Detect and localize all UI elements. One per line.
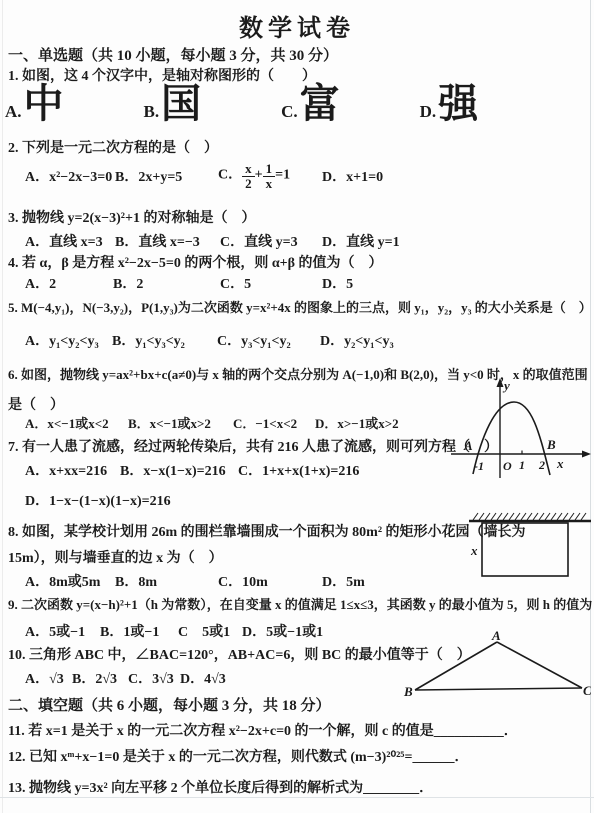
hanzi-character: 富 [300, 84, 340, 124]
q4-option-b: B．2 [113, 273, 220, 293]
wall-hatching [473, 513, 586, 520]
hanzi-character: 中 [24, 84, 64, 124]
q5-options: A．y₁<y₂<y₃ B．y₁<y₃<y₂ C．y₃<y₁<y₂ D．y₂<y₁… [25, 330, 394, 350]
q12-text: 12. 已知 xᵐ+x−1=0 是关于 x 的一元二次方程，则代数式 (m−3)… [8, 746, 468, 766]
q10-option-d: D．4√3 [180, 668, 226, 688]
q9-options: A．5或−1 B．1或−1 C 5或1 D．5或−1或1 [25, 621, 323, 641]
q9-option-a: A．5或−1 [25, 621, 100, 641]
bottom-edge-line [0, 797, 594, 798]
q7-option-c: C．1+x+x(1+x)=216 [238, 460, 359, 480]
point-A-label: A [463, 438, 473, 453]
hanzi-character: 国 [161, 84, 201, 124]
q2-option-c: C．x2+1x=1 [218, 162, 322, 190]
fraction-denominator: x [263, 177, 276, 191]
fraction-numerator: 1 [263, 162, 276, 177]
q3-text: 3. 抛物线 y=2(x−3)²+1 的对称轴是（ ） [8, 207, 255, 227]
garden-figure: x [465, 512, 593, 580]
q3-options: A．直线 x=3 B．直线 x=−3 C．直线 y=3 D．直线 y=1 [25, 231, 400, 251]
q8-text-line2: 15m），则与墙垂直的边 x 为（ ） [8, 547, 223, 567]
q10-options: A．√3 B．2√3 C．3√3 D．4√3 [25, 668, 226, 688]
fraction: 1x [263, 162, 276, 190]
q8-option-a: A．8m或5m [25, 571, 115, 591]
point-B-label: B [546, 437, 556, 452]
page-title: 数学试卷 [0, 8, 594, 43]
q10-text: 10. 三角形 ABC 中，∠BAC=120°，AB+AC=6，则 BC 的最小… [8, 644, 428, 664]
x-axis-label: x [556, 456, 564, 471]
q4-text: 4. 若 α，β 是方程 x²−2x−5=0 的两个根，则 α+β 的值为（ ） [8, 252, 383, 272]
q4-option-a: A．2 [25, 273, 113, 293]
y-axis-label: y [502, 378, 510, 393]
q6-option-a: A．x<−1或x<2 [25, 413, 128, 432]
q8-text-line1: 8. 如图，某学校计划用 26m 的围栏靠墙围成一个面积为 80m² 的矩形小花… [8, 521, 463, 541]
q1-options-row: A. 中 B. 国 C. 富 D. 强 [5, 84, 478, 124]
garden-rectangle [482, 523, 568, 576]
fraction-denominator: 2 [242, 177, 255, 191]
tick-label-1: 1 [519, 458, 525, 472]
exam-page: 数学试卷 一、单选题（共 10 小题，每小题 3 分，共 30 分） 1. 如图… [0, 0, 594, 813]
q9-option-d: D．5或−1或1 [242, 621, 323, 641]
q4-option-d: D．5 [322, 273, 353, 293]
q3-option-a: A．直线 x=3 [25, 231, 115, 251]
q9-option-b: B．1或−1 [100, 621, 178, 641]
q10-option-c: C．3√3 [128, 668, 180, 688]
vertex-C-label: C [583, 683, 591, 698]
x-axis-arrow [582, 451, 591, 458]
q5-text: 5. M(−4,y₁)，N(−3,y₂)，P(1,y₃)为二次函数 y=x²+4… [8, 297, 592, 316]
q9-text: 9. 二次函数 y=(x−h)²+1（h 为常数），在自变量 x 的值满足 1≤… [8, 594, 594, 613]
q8-option-b: B．8m [115, 571, 218, 591]
q8-option-d: D．5m [322, 571, 365, 591]
option-label: B. [144, 102, 160, 122]
section1-heading: 一、单选题（共 10 小题，每小题 3 分，共 30 分） [8, 44, 338, 65]
q5-option-d: D．y₂<y₁<y₃ [320, 330, 394, 350]
q10-option-a: A．√3 [25, 668, 72, 688]
q2-option-d: D．x+1=0 [322, 166, 383, 186]
q4-option-c: C．5 [220, 273, 322, 293]
q7-option-a: A．x+xx=216 [25, 460, 120, 480]
q11-text: 11. 若 x=1 是关于 x 的一元二次方程 x²−2x+c=0 的一个解，则… [8, 720, 518, 740]
q7-option-d-row: D．1−x−(1−x)(1−x)=216 [25, 490, 171, 510]
q2-option-a: A．x²−2x−3=0 [25, 166, 115, 186]
option-label: C. [281, 102, 298, 122]
option-label: C． [218, 168, 242, 183]
q6-option-d: D．x>−1或x>2 [315, 413, 399, 432]
q3-option-d: D．直线 y=1 [322, 231, 400, 251]
q6-options: A．x<−1或x<2 B．x<−1或x>2 C．−1<x<2 D．x>−1或x>… [25, 413, 399, 432]
parabola-figure: y x A B -1 O 1 2 [443, 378, 593, 486]
q1-option-b: B. 国 [144, 84, 202, 124]
q9-option-c: C 5或1 [178, 621, 242, 641]
q1-option-a: A. 中 [5, 84, 64, 124]
q6-option-c: C．−1<x<2 [233, 413, 315, 432]
side-x-label: x [470, 543, 478, 558]
tick-label-2: 2 [538, 458, 545, 472]
q7-text: 7. 有一人患了流感，经过两轮传染后，共有 216 人患了流感，则可列方程（ ） [8, 436, 498, 456]
tick-label-neg1: -1 [474, 459, 484, 473]
q5-option-b: B．y₁<y₃<y₂ [112, 330, 217, 350]
q2-text: 2. 下列是一元二次方程的是（ ） [8, 137, 218, 157]
option-label: A. [5, 102, 22, 122]
side-AC [497, 642, 582, 688]
q1-option-d: D. 强 [420, 84, 479, 124]
q4-options: A．2 B．2 C．5 D．5 [25, 273, 353, 293]
q7-options: A．x+xx=216 B．x−x(1−x)=216 C．1+x+x(1+x)=2… [25, 460, 359, 480]
section2-heading: 二、填空题（共 6 小题，每小题 3 分，共 18 分） [8, 694, 331, 715]
fraction: x2 [242, 162, 255, 190]
plus-operator: + [255, 168, 263, 183]
q13-text: 13. 抛物线 y=3x² 向左平移 2 个单位长度后得到的解析式为______… [8, 777, 433, 797]
q6-option-b: B．x<−1或x>2 [128, 413, 233, 432]
origin-label: O [503, 459, 512, 473]
q7-option-b: B．x−x(1−x)=216 [120, 460, 238, 480]
q1-option-c: C. 富 [281, 84, 340, 124]
q8-option-c: C．10m [218, 571, 322, 591]
y-axis-arrow [497, 378, 504, 387]
q7-option-d: D．1−x−(1−x)(1−x)=216 [25, 490, 171, 510]
fraction-numerator: x [242, 162, 255, 177]
q3-option-c: C．直线 y=3 [220, 231, 322, 251]
left-edge-line [2, 0, 3, 813]
option-label: D. [420, 102, 437, 122]
q2-option-b: B．2x+y=5 [115, 166, 218, 186]
q2-options: A．x²−2x−3=0 B．2x+y=5 C．x2+1x=1 D．x+1=0 [25, 157, 383, 195]
triangle-figure: A B C [403, 630, 591, 700]
q5-option-a: A．y₁<y₂<y₃ [25, 330, 112, 350]
vertex-A-label: A [491, 630, 501, 643]
q8-options: A．8m或5m B．8m C．10m D．5m [25, 571, 365, 591]
side-AB [415, 642, 497, 690]
vertex-B-label: B [403, 684, 413, 699]
q10-option-b: B．2√3 [72, 668, 128, 688]
q3-option-b: B．直线 x=−3 [115, 231, 220, 251]
hanzi-character: 强 [438, 84, 478, 124]
q5-option-c: C．y₃<y₁<y₂ [217, 330, 320, 350]
equals-one: =1 [275, 168, 290, 183]
q6-text-line2: 是（ ） [8, 394, 64, 414]
side-BC [415, 688, 582, 690]
